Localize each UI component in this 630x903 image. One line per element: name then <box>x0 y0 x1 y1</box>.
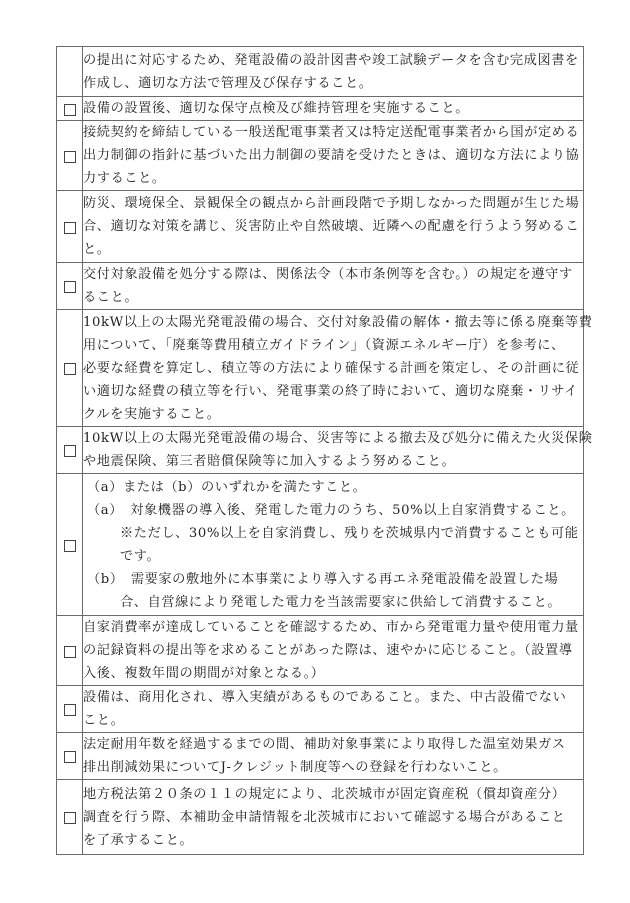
requirement-text: の提出に対応するため、発電設備の設計図書や竣工試験データを含む完成図書を 作成し… <box>83 47 584 97</box>
text-line: 地方税法第２０条の１１の規定により、北茨城市が固定資産税（償却資産分） <box>83 783 583 806</box>
checklist-row: 10kW以上の太陽光発電設備の場合、交付対象設備の解体・撤去等に係る廃棄等費 用… <box>57 310 584 427</box>
text-line: 入後、複数年間の期間が対象となる。） <box>83 662 583 685</box>
requirement-text: 接続契約を締結している一般送配電事業者又は特定送配電事業者から国が定める 出力制… <box>83 121 584 191</box>
checklist-row: 設備の設置後、適切な保守点検及び維持管理を実施すること。 <box>57 97 584 121</box>
checklist-row: 交付対象設備を処分する際は、関係法令（本市条例等を含む。）の規定を遵守す ること… <box>57 263 584 310</box>
checkbox-cell[interactable] <box>57 427 83 474</box>
text-line: 作成し、適切な方法で管理及び保存すること。 <box>83 72 583 95</box>
text-line: 設備は、商用化され、導入実績があるものであること。また、中古設備でない <box>83 686 583 709</box>
requirement-text: 10kW以上の太陽光発電設備の場合、災害等による撤去及び処分に備えた火災保険 や… <box>83 427 584 474</box>
checklist-row: （a）または（b）のいずれかを満たすこと。 （a） 対象機器の導入後、発電した電… <box>57 474 584 616</box>
checkbox-icon[interactable] <box>64 646 76 658</box>
option-a-note-cont: です。 <box>87 545 583 568</box>
checkbox-cell[interactable] <box>57 121 83 191</box>
checkbox-cell[interactable] <box>57 733 83 780</box>
checklist-row: 地方税法第２０条の１１の規定により、北茨城市が固定資産税（償却資産分） 調査を行… <box>57 780 584 855</box>
text-line: 10kW以上の太陽光発電設備の場合、災害等による撤去及び処分に備えた火災保険 <box>83 427 583 450</box>
text-line: ること。 <box>83 286 583 309</box>
checkbox-icon[interactable] <box>64 104 76 116</box>
text-line: 10kW以上の太陽光発電設備の場合、交付対象設備の解体・撤去等に係る廃棄等費 <box>83 311 583 334</box>
checkbox-icon[interactable] <box>64 812 76 824</box>
text-line: 接続契約を締結している一般送配電事業者又は特定送配電事業者から国が定める <box>83 121 583 144</box>
text-line: や地震保険、第三者賠償保険等に加入するよう努めること。 <box>83 450 583 473</box>
checklist-row: 接続契約を締結している一般送配電事業者又は特定送配電事業者から国が定める 出力制… <box>57 121 584 191</box>
option-a: （a） 対象機器の導入後、発電した電力のうち、50%以上自家消費すること。 <box>87 499 583 522</box>
checkbox-icon[interactable] <box>64 363 76 375</box>
checkbox-icon[interactable] <box>64 222 76 234</box>
text-line: 交付対象設備を処分する際は、関係法令（本市条例等を含む。）の規定を遵守す <box>83 263 583 286</box>
checkbox-icon[interactable] <box>64 281 76 293</box>
option-intro: （a）または（b）のいずれかを満たすこと。 <box>87 476 583 499</box>
option-b: （b） 需要家の敷地外に本事業により導入する再エネ発電設備を設置した場 <box>87 568 583 591</box>
requirement-text: 地方税法第２０条の１１の規定により、北茨城市が固定資産税（償却資産分） 調査を行… <box>83 780 584 855</box>
checkbox-icon[interactable] <box>64 540 76 552</box>
text-line: 調査を行う際、本補助金申請情報を北茨城市において確認する場合があること <box>83 806 583 829</box>
text-line: と。 <box>83 238 583 261</box>
option-a-text: 対象機器の導入後、発電した電力のうち、50%以上自家消費すること。 <box>116 503 575 518</box>
text-line: 力すること。 <box>83 167 583 190</box>
checkbox-icon[interactable] <box>64 704 76 716</box>
option-b-text: 需要家の敷地外に本事業により導入する再エネ発電設備を設置した場 <box>117 572 558 587</box>
option-b-label: （b） <box>87 572 117 587</box>
checklist-row: 設備は、商用化され、導入実績があるものであること。また、中古設備でない こと。 <box>57 686 584 733</box>
checkbox-cell[interactable] <box>57 616 83 686</box>
text-line: こと。 <box>83 709 583 732</box>
checkbox-icon[interactable] <box>64 751 76 763</box>
checklist-row: 10kW以上の太陽光発電設備の場合、災害等による撤去及び処分に備えた火災保険 や… <box>57 427 584 474</box>
requirement-text: 交付対象設備を処分する際は、関係法令（本市条例等を含む。）の規定を遵守す ること… <box>83 263 584 310</box>
checkbox-cell[interactable] <box>57 310 83 427</box>
checkbox-cell[interactable] <box>57 97 83 121</box>
checkbox-icon[interactable] <box>64 445 76 457</box>
requirement-text: 法定耐用年数を経過するまでの間、補助対象事業により取得した温室効果ガス 排出削減… <box>83 733 584 780</box>
requirement-text: （a）または（b）のいずれかを満たすこと。 （a） 対象機器の導入後、発電した電… <box>83 474 584 616</box>
option-a-label: （a） <box>87 503 116 518</box>
text-line: クルを実施すること。 <box>83 403 583 426</box>
text-line: 法定耐用年数を経過するまでの間、補助対象事業により取得した温室効果ガス <box>83 733 583 756</box>
checkbox-cell[interactable] <box>57 191 83 263</box>
text-line: 用について、「廃棄等費用積立ガイドライン」（資源エネルギー庁）を参考に、 <box>83 334 583 357</box>
checkbox-cell[interactable] <box>57 780 83 855</box>
text-line: の提出に対応するため、発電設備の設計図書や竣工試験データを含む完成図書を <box>83 49 583 72</box>
requirement-text: 設備は、商用化され、導入実績があるものであること。また、中古設備でない こと。 <box>83 686 584 733</box>
option-b-text-cont: 合、自営線により発電した電力を当該需要家に供給して消費すること。 <box>87 591 583 614</box>
checkbox-cell-empty <box>57 47 83 97</box>
checkbox-icon[interactable] <box>64 151 76 163</box>
checkbox-cell[interactable] <box>57 686 83 733</box>
checkbox-cell[interactable] <box>57 474 83 616</box>
checklist-row: の提出に対応するため、発電設備の設計図書や竣工試験データを含む完成図書を 作成し… <box>57 47 584 97</box>
text-line: 設備の設置後、適切な保守点検及び維持管理を実施すること。 <box>83 97 583 120</box>
text-line: の記録資料の提出等を求めることがあった際は、速やかに応じること。（設置導 <box>83 639 583 662</box>
requirements-checklist-table: の提出に対応するため、発電設備の設計図書や竣工試験データを含む完成図書を 作成し… <box>56 46 584 855</box>
requirement-text: 自家消費率が達成していることを確認するため、市から発電電力量や使用電力量 の記録… <box>83 616 584 686</box>
text-line: 排出削減効果についてJ-クレジット制度等への登録を行わないこと。 <box>83 756 583 779</box>
checklist-row: 法定耐用年数を経過するまでの間、補助対象事業により取得した温室効果ガス 排出削減… <box>57 733 584 780</box>
text-line: を了承すること。 <box>83 829 583 852</box>
text-line: 合、適切な対策を講じ、災害防止や自然破壊、近隣への配慮を行うよう努めるこ <box>83 215 583 238</box>
requirement-text: 設備の設置後、適切な保守点検及び維持管理を実施すること。 <box>83 97 584 121</box>
checklist-row: 防災、環境保全、景観保全の観点から計画段階で予期しなかった問題が生じた場 合、適… <box>57 191 584 263</box>
option-a-note: ※ただし、30%以上を自家消費し、残りを茨城県内で消費することも可能 <box>87 522 583 545</box>
requirement-text: 防災、環境保全、景観保全の観点から計画段階で予期しなかった問題が生じた場 合、適… <box>83 191 584 263</box>
checkbox-cell[interactable] <box>57 263 83 310</box>
text-line: 出力制御の指針に基づいた出力制御の要請を受けたときは、適切な方法により協 <box>83 144 583 167</box>
text-line: 自家消費率が達成していることを確認するため、市から発電電力量や使用電力量 <box>83 616 583 639</box>
text-line: い適切な経費の積立等を行い、発電事業の終了時において、適切な廃棄・リサイ <box>83 380 583 403</box>
requirement-text: 10kW以上の太陽光発電設備の場合、交付対象設備の解体・撤去等に係る廃棄等費 用… <box>83 310 584 427</box>
text-line: 防災、環境保全、景観保全の観点から計画段階で予期しなかった問題が生じた場 <box>83 192 583 215</box>
checklist-row: 自家消費率が達成していることを確認するため、市から発電電力量や使用電力量 の記録… <box>57 616 584 686</box>
text-line: 必要な経費を算定し、積立等の方法により確保する計画を策定し、その計画に従 <box>83 357 583 380</box>
